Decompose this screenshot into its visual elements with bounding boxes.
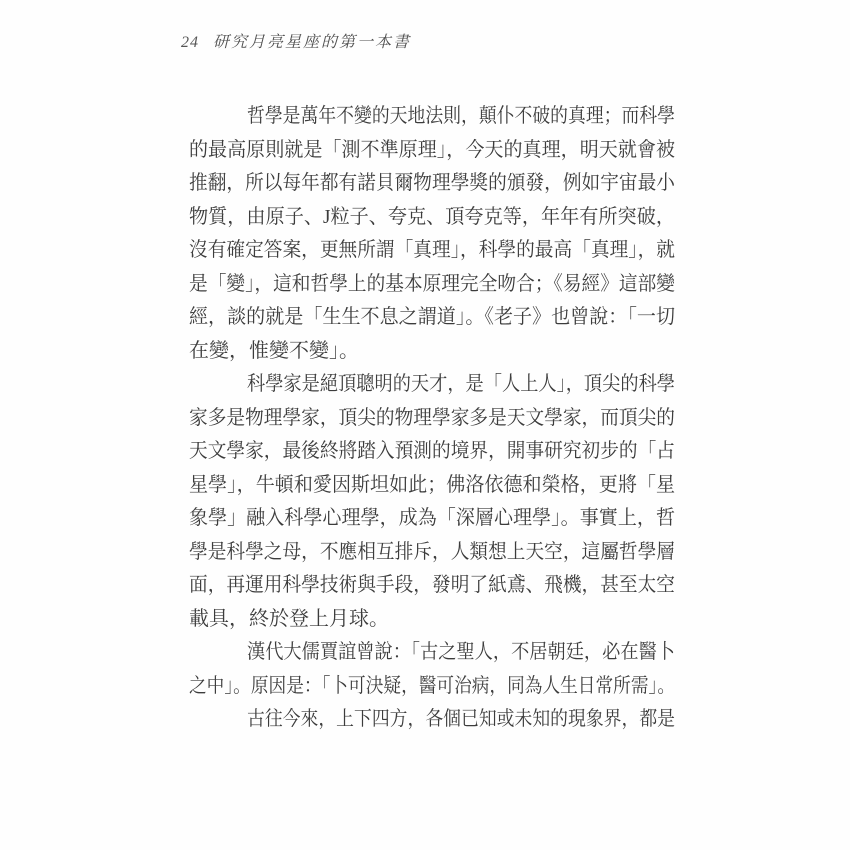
text-line: 哲學是萬年不變的天地法則，顛仆不破的真理；而科學 bbox=[189, 100, 675, 134]
text-line-content: 學是科學之母，不應相互排斥，人類想上天空，這屬哲學層 bbox=[189, 536, 675, 570]
text-line: 星學」，牛頓和愛因斯坦如此；佛洛依德和榮格，更將「星 bbox=[189, 469, 675, 503]
text-line: 科學家是絕頂聰明的天才，是「人上人」，頂尖的科學 bbox=[189, 368, 675, 402]
text-line-content: 經，談的就是「生生不息之謂道」。《老子》也曾說：「一切 bbox=[189, 301, 675, 335]
text-line-content: 載具，終於登上月球。 bbox=[189, 603, 389, 637]
text-line-content: 漢代大儒賈誼曾說：「古之聖人，不居朝廷，必在醫卜 bbox=[247, 636, 675, 670]
text-line-content: 家多是物理學家，頂尖的物理學家多是天文學家，而頂尖的 bbox=[189, 402, 675, 436]
text-line-content: 科學家是絕頂聰明的天才，是「人上人」，頂尖的科學 bbox=[247, 368, 675, 402]
text-line-content: 之中」。原因是：「卜可決疑，醫可治病，同為人生日常所需」。 bbox=[189, 670, 675, 704]
text-line: 是「變」，這和哲學上的基本原理完全吻合；《易經》這部變 bbox=[189, 268, 675, 302]
text-line: 古往今來，上下四方，各個已知或未知的現象界，都是 bbox=[189, 703, 675, 737]
text-line-content: 象學」融入科學心理學，成為「深層心理學」。事實上，哲 bbox=[189, 502, 675, 536]
text-line-content: 推翻，所以每年都有諾貝爾物理學獎的頒發，例如宇宙最小 bbox=[189, 167, 675, 201]
paragraph: 哲學是萬年不變的天地法則，顛仆不破的真理；而科學的最高原則就是「測不準原理」，今… bbox=[189, 100, 675, 368]
text-line-content: 天文學家，最後終將踏入預測的境界，開事研究初步的「占 bbox=[189, 435, 675, 469]
text-line: 經，談的就是「生生不息之謂道」。《老子》也曾說：「一切 bbox=[189, 301, 675, 335]
page-number: 24 bbox=[181, 34, 199, 51]
text-line: 面，再運用科學技術與手段，發明了紙鳶、飛機，甚至太空 bbox=[189, 569, 675, 603]
text-line-content: 物質，由原子、J粒子、夸克、頂夸克等，年年有所突破， bbox=[189, 201, 675, 235]
text-line: 物質，由原子、J粒子、夸克、頂夸克等，年年有所突破， bbox=[189, 201, 675, 235]
text-line: 在變，惟變不變」。 bbox=[189, 335, 675, 369]
text-line-content: 古往今來，上下四方，各個已知或未知的現象界，都是 bbox=[247, 703, 675, 737]
text-line-content: 哲學是萬年不變的天地法則，顛仆不破的真理；而科學 bbox=[247, 100, 675, 134]
book-title: 研究月亮星座的第一本書 bbox=[213, 34, 411, 51]
text-line-content: 面，再運用科學技術與手段，發明了紙鳶、飛機，甚至太空 bbox=[189, 569, 675, 603]
text-line: 家多是物理學家，頂尖的物理學家多是天文學家，而頂尖的 bbox=[189, 402, 675, 436]
text-line-content: 在變，惟變不變」。 bbox=[189, 335, 359, 369]
text-line-content: 是「變」，這和哲學上的基本原理完全吻合；《易經》這部變 bbox=[189, 268, 675, 302]
text-line: 的最高原則就是「測不準原理」，今天的真理，明天就會被 bbox=[189, 134, 675, 168]
text-line: 漢代大儒賈誼曾說：「古之聖人，不居朝廷，必在醫卜 bbox=[189, 636, 675, 670]
paragraph: 科學家是絕頂聰明的天才，是「人上人」，頂尖的科學家多是物理學家，頂尖的物理學家多… bbox=[189, 368, 675, 636]
text-line: 推翻，所以每年都有諾貝爾物理學獎的頒發，例如宇宙最小 bbox=[189, 167, 675, 201]
text-line-content: 的最高原則就是「測不準原理」，今天的真理，明天就會被 bbox=[189, 134, 675, 168]
body-text: 哲學是萬年不變的天地法則，顛仆不破的真理；而科學的最高原則就是「測不準原理」，今… bbox=[189, 100, 675, 737]
text-line: 之中」。原因是：「卜可決疑，醫可治病，同為人生日常所需」。 bbox=[189, 670, 675, 704]
paragraph: 漢代大儒賈誼曾說：「古之聖人，不居朝廷，必在醫卜之中」。原因是：「卜可決疑，醫可… bbox=[189, 636, 675, 703]
text-line-content: 星學」，牛頓和愛因斯坦如此；佛洛依德和榮格，更將「星 bbox=[189, 469, 675, 503]
text-line: 學是科學之母，不應相互排斥，人類想上天空，這屬哲學層 bbox=[189, 536, 675, 570]
book-page: 24研究月亮星座的第一本書 哲學是萬年不變的天地法則，顛仆不破的真理；而科學的最… bbox=[0, 0, 850, 850]
text-line: 載具，終於登上月球。 bbox=[189, 603, 675, 637]
text-line: 象學」融入科學心理學，成為「深層心理學」。事實上，哲 bbox=[189, 502, 675, 536]
text-line: 天文學家，最後終將踏入預測的境界，開事研究初步的「占 bbox=[189, 435, 675, 469]
text-line: 沒有確定答案，更無所謂「真理」，科學的最高「真理」，就 bbox=[189, 234, 675, 268]
text-line-content: 沒有確定答案，更無所謂「真理」，科學的最高「真理」，就 bbox=[189, 234, 675, 268]
running-header: 24研究月亮星座的第一本書 bbox=[181, 31, 411, 55]
paragraph: 古往今來，上下四方，各個已知或未知的現象界，都是 bbox=[189, 703, 675, 737]
